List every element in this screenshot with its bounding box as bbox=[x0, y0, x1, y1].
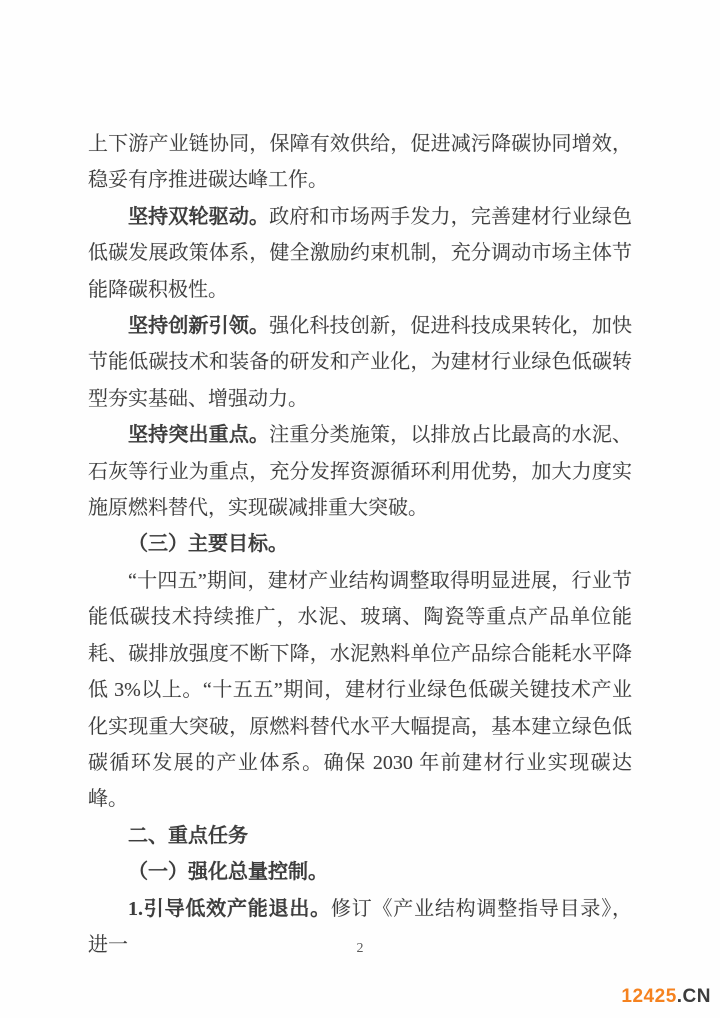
paragraph-text: “十四五”期间，建材产业结构调整取得明显进展，行业节能低碳技术持续推广，水泥、玻… bbox=[88, 570, 632, 810]
paragraph: 坚持双轮驱动。政府和市场两手发力，完善建材行业绿色低碳发展政策体系，健全激励约束… bbox=[88, 199, 632, 308]
paragraph: 上下游产业链协同，保障有效供给，促进减污降碳协同增效，稳妥有序推进碳达峰工作。 bbox=[88, 126, 632, 199]
paragraph-lead: 1.引导低效产能退出。 bbox=[128, 898, 331, 920]
heading-label: （一）强化总量控制。 bbox=[128, 861, 328, 883]
page-number: 2 bbox=[0, 941, 720, 957]
sub-heading: （一）强化总量控制。 bbox=[88, 854, 632, 890]
paragraph: 坚持突出重点。注重分类施策，以排放占比最高的水泥、石灰等行业为重点，充分发挥资源… bbox=[88, 417, 632, 526]
paragraph: “十四五”期间，建材产业结构调整取得明显进展，行业节能低碳技术持续推广，水泥、玻… bbox=[88, 563, 632, 818]
watermark-brand-text: 12425 bbox=[621, 986, 676, 1007]
section-heading: 二、重点任务 bbox=[88, 818, 632, 854]
watermark-logo: 12425.CN bbox=[621, 987, 711, 1006]
paragraph-lead: 坚持突出重点。 bbox=[128, 424, 269, 446]
paragraph-lead: 坚持双轮驱动。 bbox=[128, 206, 269, 228]
heading-label: （三）主要目标。 bbox=[128, 533, 288, 555]
document-page: 上下游产业链协同，保障有效供给，促进减污降碳协同增效，稳妥有序推进碳达峰工作。 … bbox=[0, 0, 720, 1018]
document-text-block: 上下游产业链协同，保障有效供给，促进减污降碳协同增效，稳妥有序推进碳达峰工作。 … bbox=[88, 126, 632, 963]
paragraph: 坚持创新引领。强化科技创新，促进科技成果转化，加快节能低碳技术和装备的研发和产业… bbox=[88, 308, 632, 417]
paragraph-text: 上下游产业链协同，保障有效供给，促进减污降碳协同增效，稳妥有序推进碳达峰工作。 bbox=[88, 133, 632, 191]
heading-label: 二、重点任务 bbox=[128, 825, 248, 847]
watermark-suffix-text: .CN bbox=[677, 986, 711, 1007]
sub-heading: （三）主要目标。 bbox=[88, 526, 632, 562]
paragraph-lead: 坚持创新引领。 bbox=[128, 315, 269, 337]
